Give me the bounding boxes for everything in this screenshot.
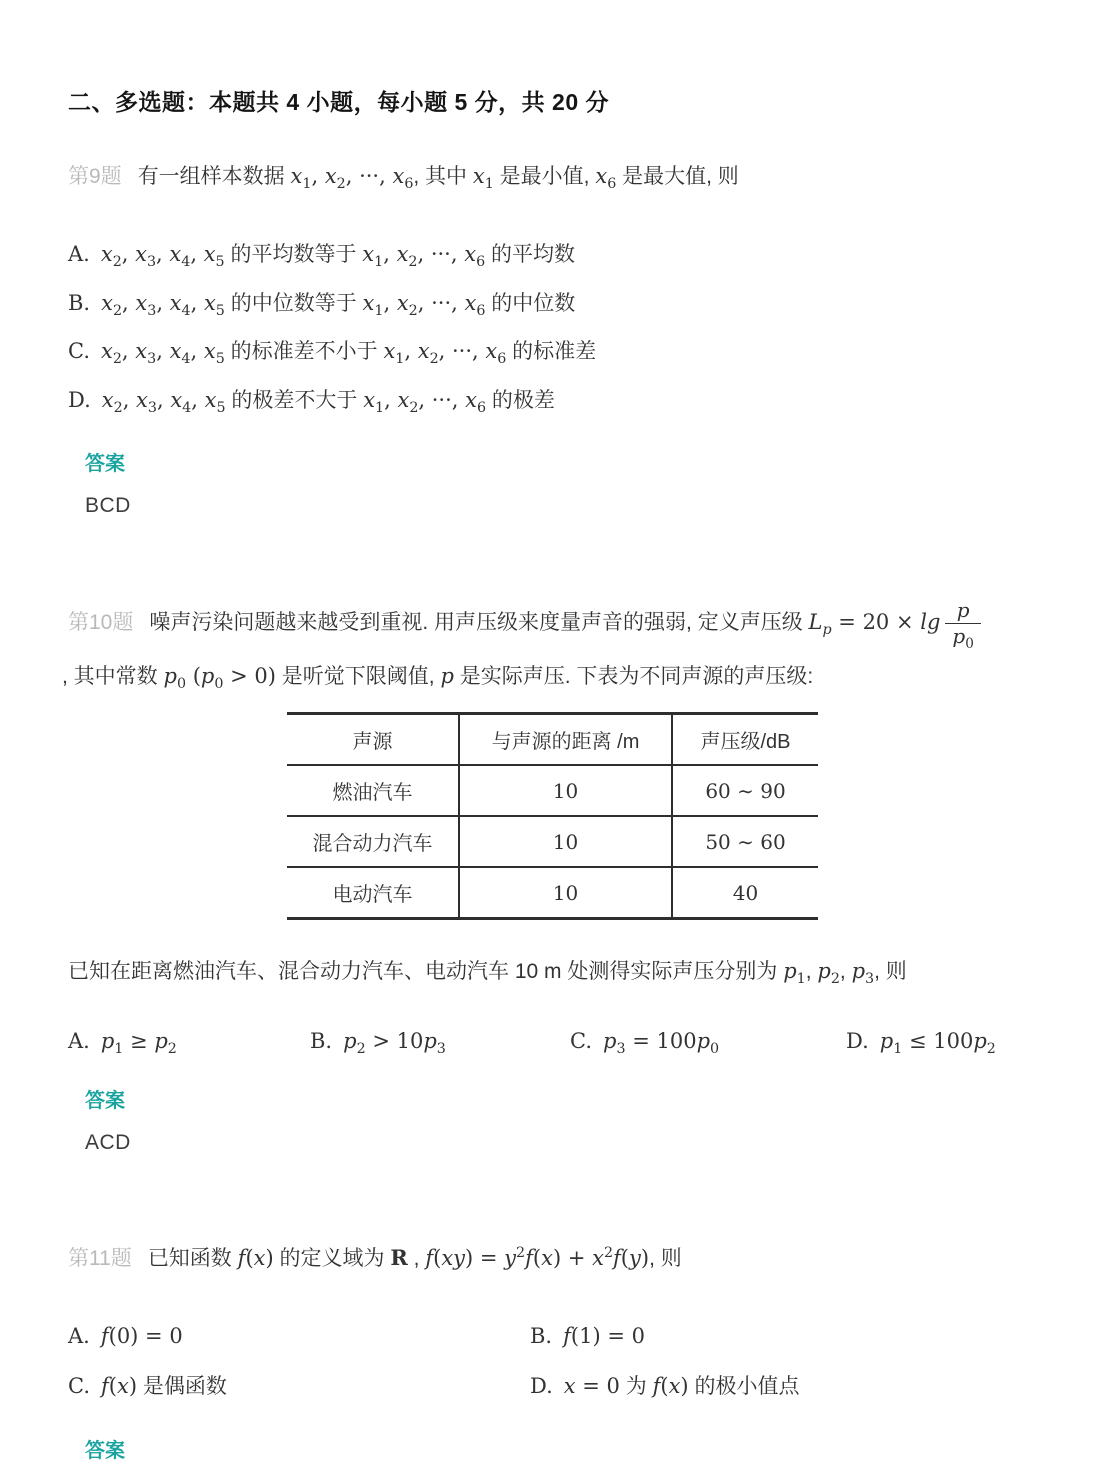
- exam-page: 二、多选题：本题共 4 小题，每小题 5 分，共 20 分 第9题有一组样本数据…: [0, 0, 1102, 1463]
- question-10-option-d: D.p1 ≤ 100p2: [846, 1029, 996, 1054]
- question-10-options: A.p1 ≥ p2 B.p2 > 10p3 C.p3 = 100p0 D.p1 …: [68, 1029, 1046, 1054]
- question-9: 第9题有一组样本数据 x1, x2, ···, x6, 其中 x1 是最小值, …: [68, 159, 1046, 518]
- question-9-answer-value: BCD: [85, 494, 1046, 518]
- option-key: A.: [68, 242, 90, 266]
- question-10-label: 第10题: [68, 611, 133, 634]
- question-10: 第10题噪声污染问题越来越受到重视. 用声压级来度量声音的强弱, 定义声压级 L…: [68, 598, 1046, 1155]
- question-11: 第11题已知函数 f(x) 的定义域为 R , f(xy) = y2f(x) +…: [68, 1241, 1046, 1462]
- question-9-option-a: A.x2, x3, x4, x5 的平均数等于 x1, x2, ···, x6 …: [68, 238, 1046, 272]
- table-header-cell: 与声源的距离 /m: [459, 714, 672, 766]
- table-header-cell: 声源: [287, 714, 459, 766]
- table-row: 混合动力汽车 10 50 ∼ 60: [287, 816, 818, 867]
- table-cell: 燃油汽车: [287, 765, 459, 816]
- option-text: f(0) = 0: [101, 1325, 183, 1348]
- question-10-post-table-text: 已知在距离燃油汽车、混合动力汽车、电动汽车 10 m 处测得实际声压分别为 p1…: [68, 954, 1046, 989]
- question-10-option-b: B.p2 > 10p3: [310, 1029, 570, 1054]
- option-text: p1 ≥ p2: [101, 1030, 177, 1053]
- question-11-answer-label: 答案: [85, 1434, 1046, 1463]
- question-10-option-a: A.p1 ≥ p2: [68, 1029, 310, 1054]
- option-key: C.: [68, 339, 90, 363]
- table-header-row: 声源 与声源的距离 /m 声压级/dB: [287, 714, 818, 766]
- question-9-answer-label: 答案: [85, 447, 1046, 476]
- question-10-answer-value: ACD: [85, 1131, 1046, 1155]
- question-10-option-c: C.p3 = 100p0: [570, 1029, 846, 1054]
- sound-pressure-table: 声源 与声源的距离 /m 声压级/dB 燃油汽车 10 60 ∼ 90 混合动力…: [287, 712, 818, 920]
- question-11-option-b: B.f(1) = 0: [530, 1320, 992, 1354]
- table-cell: 40: [672, 867, 818, 919]
- option-key: D.: [846, 1029, 869, 1053]
- question-11-option-d: D.x = 0 为 f(x) 的极小值点: [530, 1370, 992, 1404]
- option-text: f(1) = 0: [563, 1325, 645, 1348]
- option-key: B.: [68, 291, 90, 315]
- option-key: D.: [68, 388, 91, 412]
- option-text: x2, x3, x4, x5 的标准差不小于 x1, x2, ···, x6 的…: [101, 340, 596, 363]
- option-text: p1 ≤ 100p2: [880, 1030, 996, 1053]
- option-key: A.: [68, 1324, 90, 1348]
- table-cell: 10: [459, 867, 672, 919]
- question-10-stem-line1: 第10题噪声污染问题越来越受到重视. 用声压级来度量声音的强弱, 定义声压级 L…: [68, 598, 1046, 649]
- question-11-stem: 已知函数 f(x) 的定义域为 R , f(xy) = y2f(x) + x2f…: [148, 1247, 682, 1270]
- question-11-option-c: C.f(x) 是偶函数: [68, 1370, 530, 1404]
- option-text: x2, x3, x4, x5 的平均数等于 x1, x2, ···, x6 的平…: [101, 243, 575, 266]
- option-text: x2, x3, x4, x5 的极差不大于 x1, x2, ···, x6 的极…: [102, 389, 555, 412]
- question-9-option-c: C.x2, x3, x4, x5 的标准差不小于 x1, x2, ···, x6…: [68, 335, 1046, 369]
- question-11-stem-line: 第11题已知函数 f(x) 的定义域为 R , f(xy) = y2f(x) +…: [68, 1241, 1046, 1276]
- option-key: D.: [530, 1374, 553, 1398]
- question-10-answer-label: 答案: [85, 1084, 1046, 1113]
- table-row: 电动汽车 10 40: [287, 867, 818, 919]
- option-key: B.: [310, 1029, 332, 1053]
- question-10-stem-line2: , 其中常数 p0 (p0 > 0) 是听觉下限阈值, p 是实际声压. 下表为…: [62, 659, 1046, 694]
- question-9-stem-line: 第9题有一组样本数据 x1, x2, ···, x6, 其中 x1 是最小值, …: [68, 159, 1046, 194]
- option-key: B.: [530, 1324, 552, 1348]
- question-9-options: A.x2, x3, x4, x5 的平均数等于 x1, x2, ···, x6 …: [68, 238, 1046, 417]
- section-title: 二、多选题：本题共 4 小题，每小题 5 分，共 20 分: [68, 84, 1046, 117]
- option-text: p2 > 10p3: [343, 1030, 446, 1053]
- table-cell: 10: [459, 816, 672, 867]
- option-key: A.: [68, 1029, 90, 1053]
- question-9-stem: 有一组样本数据 x1, x2, ···, x6, 其中 x1 是最小值, x6 …: [138, 165, 739, 188]
- option-key: C.: [68, 1374, 90, 1398]
- question-9-option-b: B.x2, x3, x4, x5 的中位数等于 x1, x2, ···, x6 …: [68, 287, 1046, 321]
- question-11-options: A.f(0) = 0 B.f(1) = 0 C.f(x) 是偶函数 D.x = …: [68, 1320, 1046, 1403]
- option-text: x = 0 为 f(x) 的极小值点: [564, 1375, 800, 1398]
- option-text: f(x) 是偶函数: [101, 1375, 227, 1398]
- table-cell: 60 ∼ 90: [672, 765, 818, 816]
- question-11-label: 第11题: [68, 1247, 132, 1270]
- table-header-cell: 声压级/dB: [672, 714, 818, 766]
- option-key: C.: [570, 1029, 592, 1053]
- table-cell: 50 ∼ 60: [672, 816, 818, 867]
- question-11-option-a: A.f(0) = 0: [68, 1320, 530, 1354]
- option-text: x2, x3, x4, x5 的中位数等于 x1, x2, ···, x6 的中…: [101, 292, 575, 315]
- table-cell: 电动汽车: [287, 867, 459, 919]
- table-row: 燃油汽车 10 60 ∼ 90: [287, 765, 818, 816]
- question-9-label: 第9题: [68, 165, 122, 188]
- option-text: p3 = 100p0: [603, 1030, 719, 1053]
- table-cell: 10: [459, 765, 672, 816]
- table-cell: 混合动力汽车: [287, 816, 459, 867]
- question-10-stem: 噪声污染问题越来越受到重视. 用声压级来度量声音的强弱, 定义声压级 Lp = …: [149, 611, 981, 634]
- question-9-option-d: D.x2, x3, x4, x5 的极差不大于 x1, x2, ···, x6 …: [68, 384, 1046, 418]
